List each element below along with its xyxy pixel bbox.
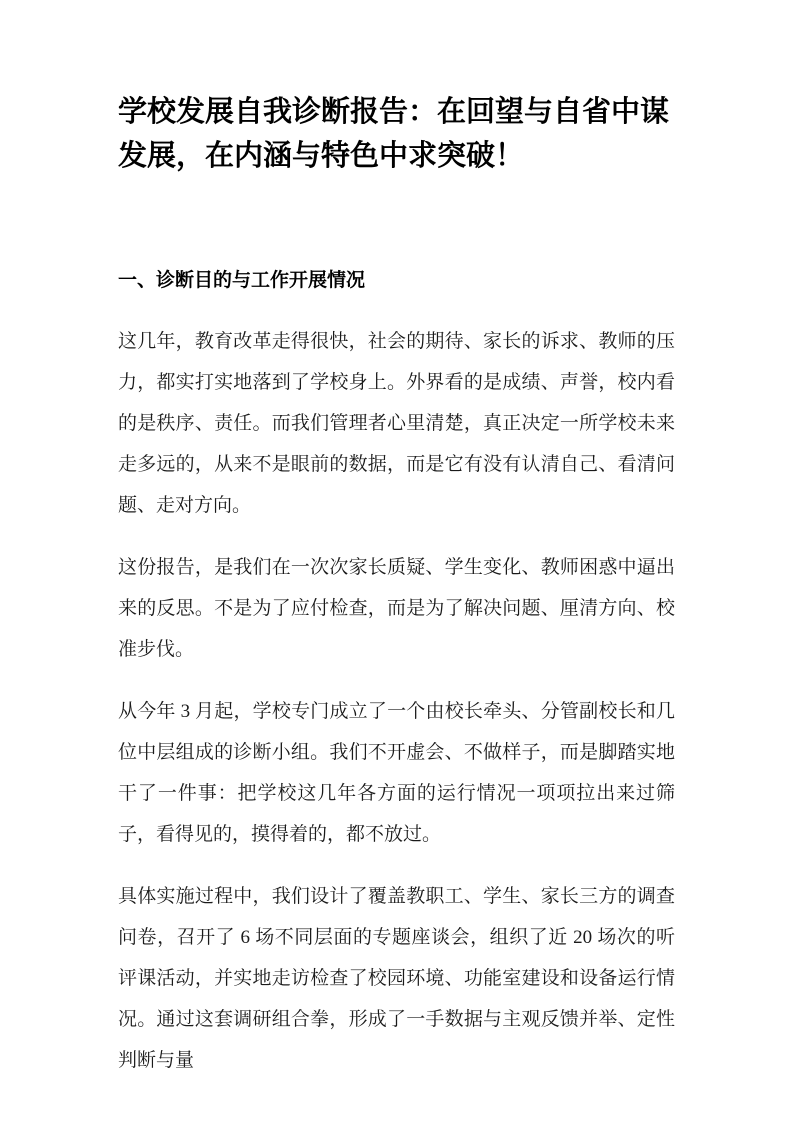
- paragraph-3: 从今年 3 月起，学校专门成立了一个由校长牵头、分管副校长和几位中层组成的诊断小…: [118, 691, 675, 855]
- document-page: 学校发展自我诊断报告：在回望与自省中谋发展，在内涵与特色中求突破！ 一、诊断目的…: [0, 0, 793, 1122]
- paragraph-2: 这份报告，是我们在一次次家长质疑、学生变化、教师困惑中逼出来的反思。不是为了应付…: [118, 547, 675, 670]
- paragraph-1: 这几年，教育改革走得很快，社会的期待、家长的诉求、教师的压力，都实打实地落到了学…: [118, 321, 675, 526]
- document-content: 学校发展自我诊断报告：在回望与自省中谋发展，在内涵与特色中求突破！ 一、诊断目的…: [118, 90, 675, 1081]
- document-title: 学校发展自我诊断报告：在回望与自省中谋发展，在内涵与特色中求突破！: [118, 90, 675, 178]
- section-heading: 一、诊断目的与工作开展情况: [118, 266, 675, 296]
- paragraph-4: 具体实施过程中，我们设计了覆盖教职工、学生、家长三方的调查问卷，召开了 6 场不…: [118, 876, 675, 1081]
